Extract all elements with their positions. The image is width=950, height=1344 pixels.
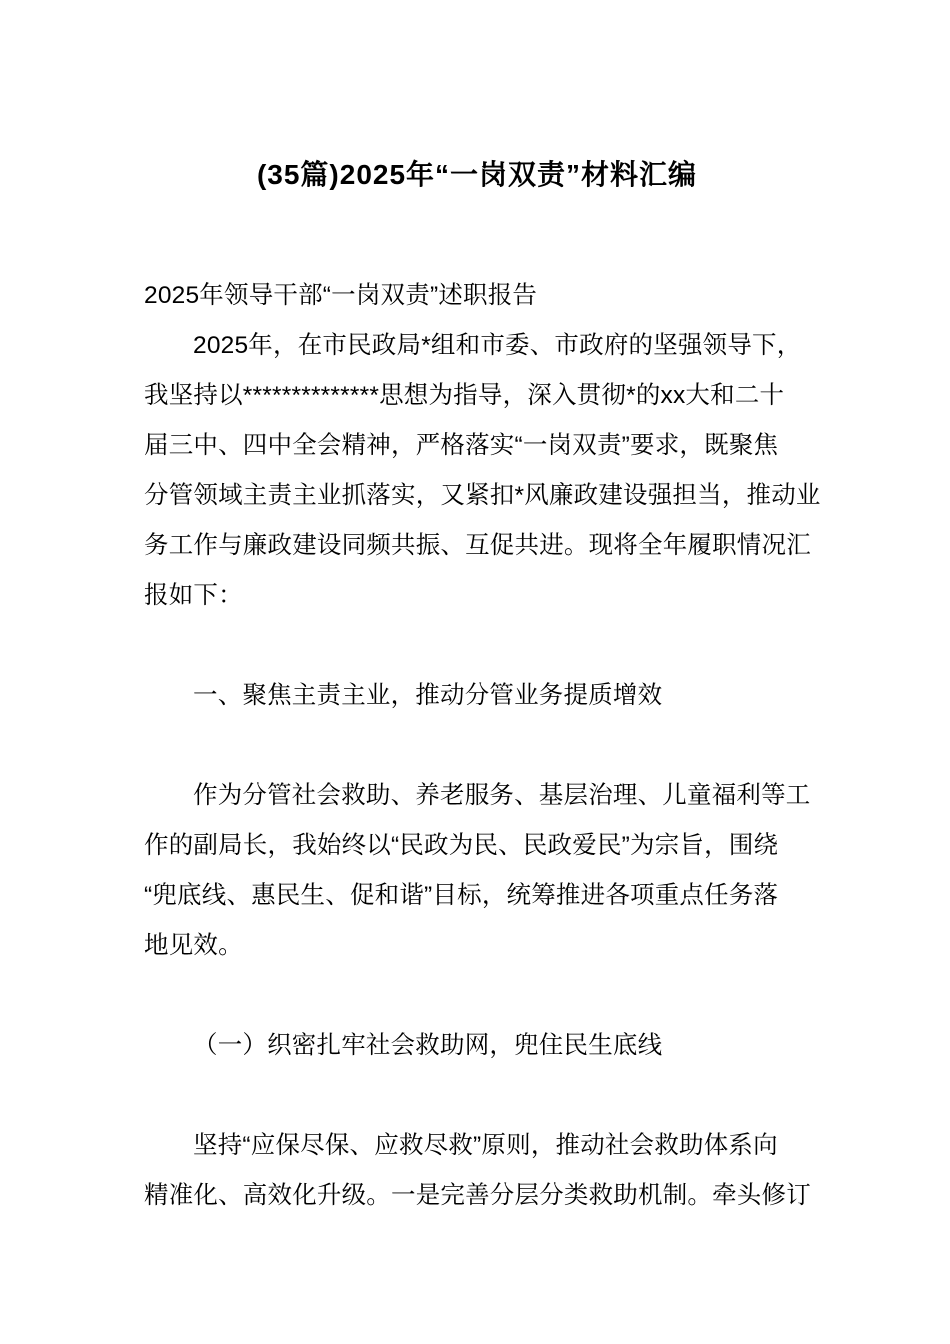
paragraph-line: 务工作与廉政建设同频共振、互促共进。现将全年履职情况汇 — [144, 521, 810, 571]
paragraph-line: 作为分管社会救助、养老服务、基层治理、儿童福利等工 — [144, 771, 810, 821]
doc-title: (35篇)2025年“一岗双责”材料汇编 — [144, 155, 810, 195]
paragraph-line: 我坚持以**************思想为指导，深入贯彻*的xx大和二十 — [144, 371, 810, 421]
doc-subtitle: 2025年领导干部“一岗双责”述职报告 — [144, 271, 810, 321]
paragraph-line: 报如下： — [144, 571, 810, 621]
paragraph-line: 分管领域主责主业抓落实，又紧扣*风廉政建设强担当，推动业 — [144, 471, 810, 521]
paragraph-intro: 2025年，在市民政局*组和市委、市政府的坚强领导下， 我坚持以********… — [144, 321, 810, 621]
paragraph-subsection-1: 坚持“应保尽保、应救尽救”原则，推动社会救助体系向 精准化、高效化升级。一是完善… — [144, 1121, 810, 1221]
paragraph-line: 精准化、高效化升级。一是完善分层分类救助机制。牵头修订 — [144, 1171, 810, 1221]
paragraph-line: 届三中、四中全会精神，严格落实“一岗双责”要求，既聚焦 — [144, 421, 810, 471]
paragraph-line: 作的副局长，我始终以“民政为民、民政爱民”为宗旨，围绕 — [144, 821, 810, 871]
paragraph-line: “兜底线、惠民生、促和谐”目标，统筹推进各项重点任务落 — [144, 871, 810, 921]
paragraph-line: 地见效。 — [144, 921, 810, 971]
paragraph-section-1: 作为分管社会救助、养老服务、基层治理、儿童福利等工 作的副局长，我始终以“民政为… — [144, 771, 810, 971]
subsection-heading-1: （一）织密扎牢社会救助网，兜住民生底线 — [144, 1021, 810, 1071]
section-heading-1: 一、聚焦主责主业，推动分管业务提质增效 — [144, 671, 810, 721]
document-page: (35篇)2025年“一岗双责”材料汇编 2025年领导干部“一岗双责”述职报告… — [0, 0, 950, 1344]
paragraph-line: 坚持“应保尽保、应救尽救”原则，推动社会救助体系向 — [144, 1121, 810, 1171]
document-content: (35篇)2025年“一岗双责”材料汇编 2025年领导干部“一岗双责”述职报告… — [144, 0, 810, 1221]
paragraph-line: 2025年，在市民政局*组和市委、市政府的坚强领导下， — [144, 321, 810, 371]
